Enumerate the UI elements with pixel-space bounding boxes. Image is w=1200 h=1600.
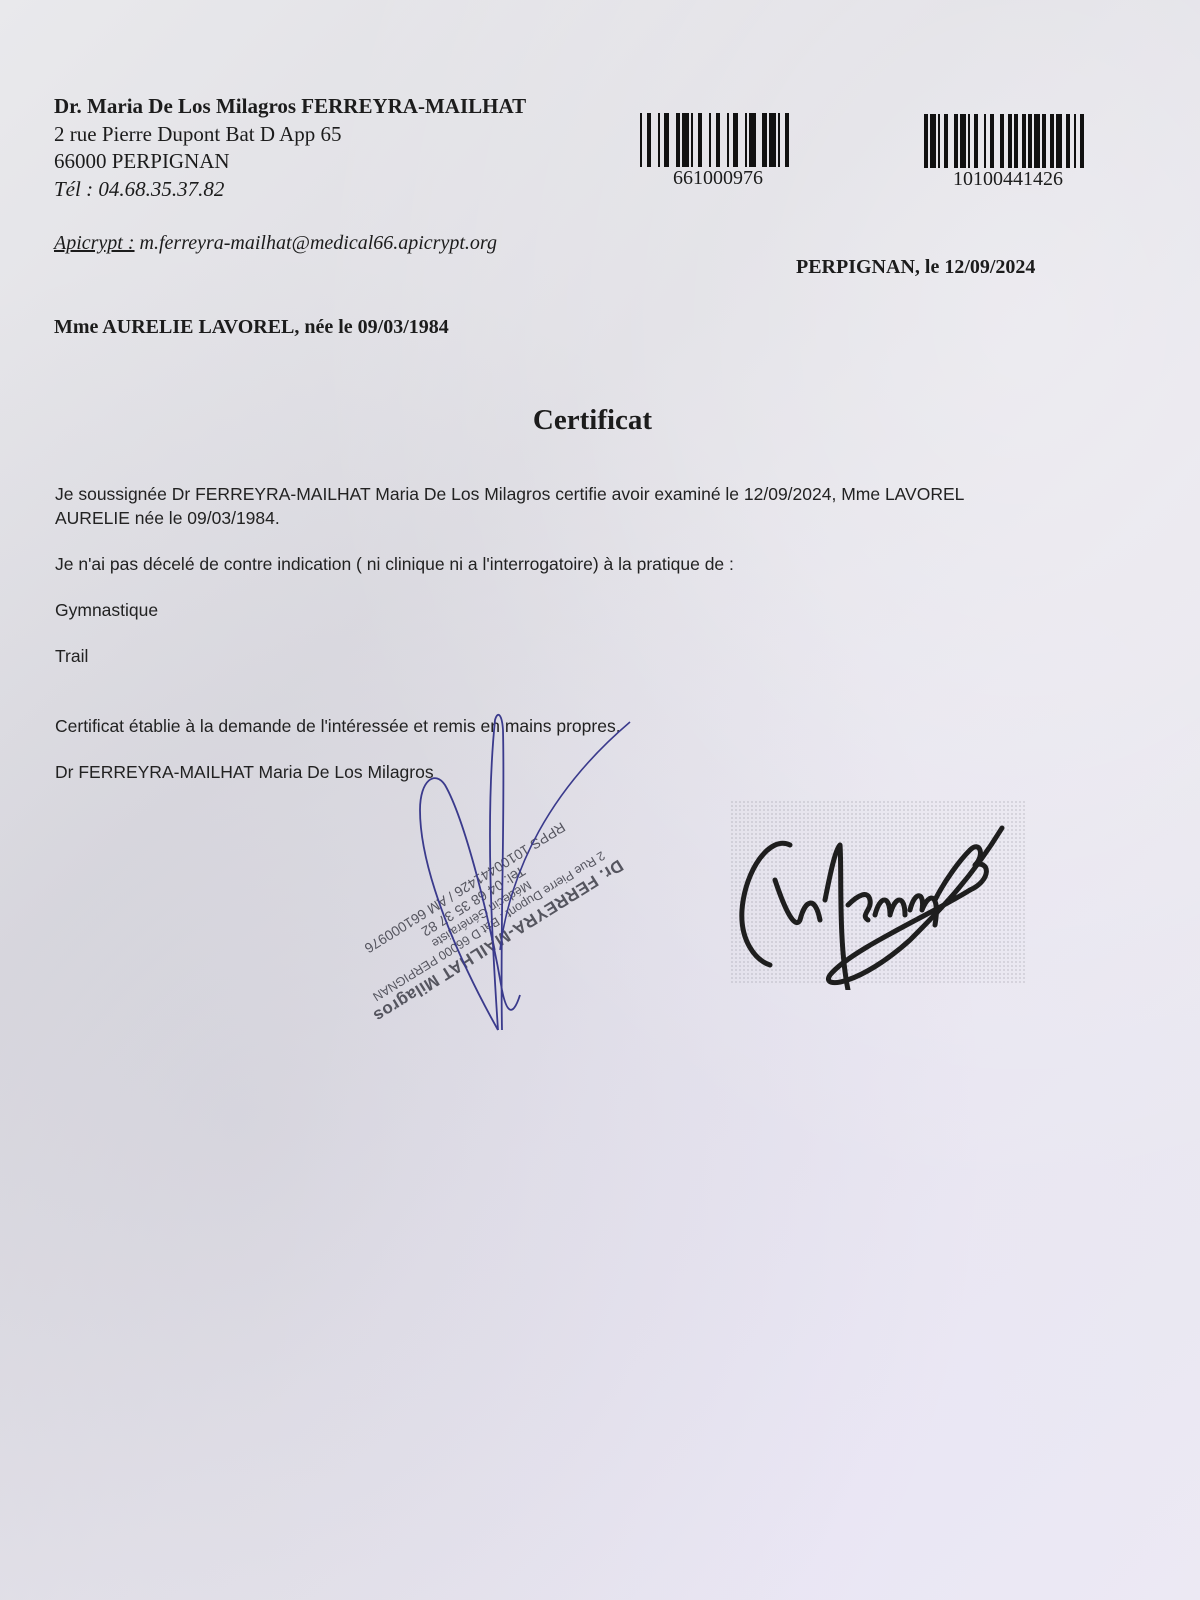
patient-line: Mme AURELIE LAVOREL, née le 09/03/1984 — [54, 316, 449, 339]
apicrypt-email: m.ferreyra-mailhat@medical66.apicrypt.or… — [135, 232, 497, 254]
barcode-am-bars — [640, 113, 796, 167]
barcode-am-number: 661000976 — [640, 167, 796, 190]
barcode-rpps: 10100441426 — [924, 114, 1092, 191]
certification-paragraph: Je soussignée Dr FERREYRA-MAILHAT Maria … — [55, 482, 1015, 530]
barcode-rpps-bars — [924, 114, 1092, 168]
doctor-phone: Tél : 04.68.35.37.82 — [54, 177, 224, 202]
activity-item: Trail — [55, 646, 88, 667]
place-date: PERPIGNAN, le 12/09/2024 — [796, 256, 1035, 279]
doctor-address-line2: 66000 PERPIGNAN — [54, 149, 230, 174]
doctor-address-line1: 2 rue Pierre Dupont Bat D App 65 — [54, 122, 342, 147]
handwritten-signature — [730, 800, 1030, 990]
apicrypt-label: Apicrypt : — [54, 232, 135, 254]
barcode-rpps-number: 10100441426 — [924, 168, 1092, 191]
contraindication-paragraph: Je n'ai pas décelé de contre indication … — [55, 554, 734, 575]
apicrypt-line: Apicrypt : m.ferreyra-mailhat@medical66.… — [54, 232, 497, 255]
document-title: Certificat — [0, 404, 1185, 437]
signatory-name: Dr FERREYRA-MAILHAT Maria De Los Milagro… — [55, 762, 434, 783]
doctor-name: Dr. Maria De Los Milagros FERREYRA-MAILH… — [54, 94, 526, 119]
ink-initials-signature — [380, 700, 660, 1050]
activity-item: Gymnastique — [55, 600, 158, 621]
barcode-am: 661000976 — [640, 113, 796, 190]
